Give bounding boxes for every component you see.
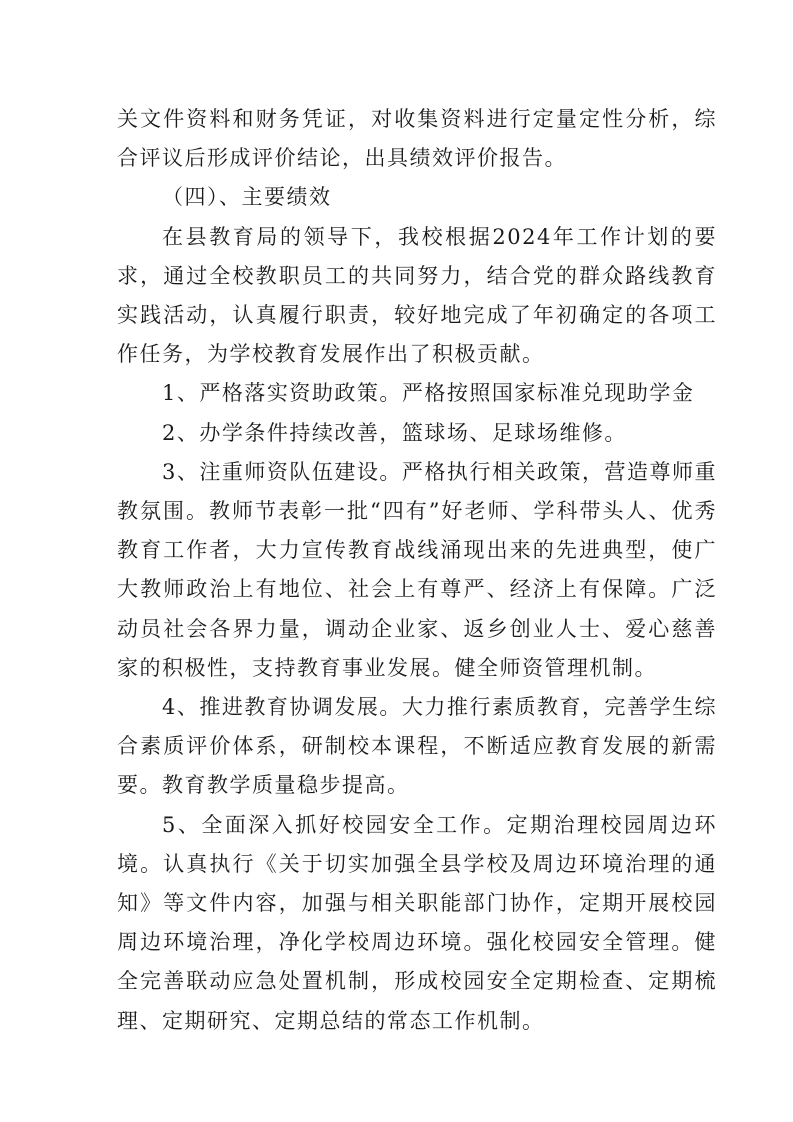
paragraph-evaluation-method-continued: 关文件资料和财务凭证，对收集资料进行定量定性分析，综合评议后形成评价结论，出具绩… (117, 100, 717, 178)
list-item-1-funding-policy: 1、严格落实资助政策。严格按照国家标准兑现助学金 (117, 374, 717, 413)
paragraph-performance-overview: 在县教育局的领导下，我校根据2024年工作计划的要求，通过全校教职员工的共同努力… (117, 218, 717, 375)
document-page: 关文件资料和财务凭证，对收集资料进行定量定性分析，综合评议后形成评价结论，出具绩… (117, 100, 717, 1041)
list-item-2-school-conditions: 2、办学条件持续改善，篮球场、足球场维修。 (117, 414, 717, 453)
list-item-5-campus-safety: 5、全面深入抓好校园安全工作。定期治理校园周边环境。认真执行《关于切实加强全县学… (117, 806, 717, 1041)
section-heading-main-performance: （四）、主要绩效 (117, 178, 717, 217)
list-item-3-teacher-building: 3、注重师资队伍建设。严格执行相关政策，营造尊师重教氛围。教师节表彰一批“四有”… (117, 453, 717, 688)
list-item-4-coordinated-development: 4、推进教育协调发展。大力推行素质教育，完善学生综合素质评价体系，研制校本课程，… (117, 688, 717, 806)
